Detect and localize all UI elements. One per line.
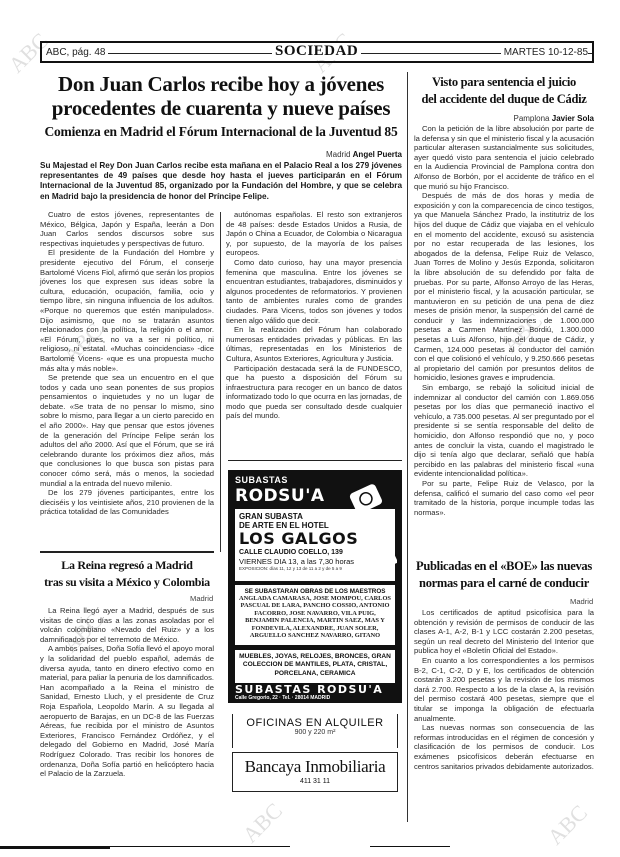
- cadiz-headline-line1: Visto para sentencia el juicio: [414, 74, 594, 91]
- column-divider: [220, 212, 221, 552]
- paragraph: Las nuevas normas son consecuencia de la…: [414, 723, 594, 771]
- column-divider: [407, 72, 408, 822]
- boe-dateline: Madrid: [570, 597, 593, 606]
- ad-subastas-rodsua: SUBASTAS RODSU'A GRAN SUBASTA DE ARTE EN…: [228, 470, 402, 703]
- newspaper-page: ABC ABC ABC ABC ABC ABC ABC ABC, pág. 48…: [0, 0, 620, 857]
- paragraph: Por su parte, Felipe Ruiz de Velasco, po…: [414, 479, 594, 517]
- ad-brand: RODSU'A: [235, 486, 325, 506]
- main-subheadline: Comienza en Madrid el Fórum Internaciona…: [40, 123, 402, 141]
- paragraph: Sin embargo, se rebajó la solicitud inic…: [414, 383, 594, 479]
- main-article-column-2: autónomas españolas. El resto son extran…: [226, 210, 402, 421]
- cadiz-byline: Pamplona Javier Sola: [513, 114, 594, 123]
- main-headline-line2: procedentes de cuarenta y nueve países: [40, 96, 402, 120]
- paragraph: Los certificados de aptitud psicofísica …: [414, 608, 594, 656]
- watermark-abc: ABC: [237, 798, 287, 848]
- ad-masters-heading: SE SUBASTARAN OBRAS DE LOS MAESTROS: [239, 588, 391, 595]
- ad-address: CALLE CLAUDIO COELLO, 139: [239, 548, 391, 557]
- ad-bancaya-phone: 411 31 11: [233, 778, 397, 785]
- paragraph: La Reina llegó ayer a Madrid, después de…: [40, 606, 214, 644]
- ad-masters-list: SE SUBASTARAN OBRAS DE LOS MAESTROS ANGL…: [235, 585, 395, 645]
- ad-offices-title: OFICINAS EN ALQUILER: [233, 717, 397, 729]
- boe-headline-line1: Publicadas en el «BOE» las nuevas: [414, 558, 594, 575]
- paragraph: Con la petición de la libre absolución p…: [414, 124, 594, 191]
- cadiz-headline: Visto para sentencia el juicio del accid…: [414, 74, 594, 108]
- boe-article-body: Los certificados de aptitud psicofísica …: [414, 608, 594, 771]
- paragraph: De los 279 jóvenes participantes, entre …: [40, 488, 214, 517]
- ad-date: VIERNES DIA 13, a las 7,30 horas: [239, 557, 391, 566]
- paragraph: El presidente de la Fundación del Hombre…: [40, 248, 214, 373]
- ad-line1: GRAN SUBASTA: [239, 512, 391, 521]
- paragraph: En la realización del Fórum han colabora…: [226, 325, 402, 363]
- page-number: ABC, pág. 48: [46, 47, 108, 58]
- byline-author: Angel Puerta: [353, 150, 402, 159]
- byline-place: Pamplona: [513, 114, 549, 123]
- main-headline-line1: Don Juan Carlos recibe hoy a jóvenes: [40, 72, 402, 96]
- reina-headline: La Reina regresó a Madrid tras su visita…: [40, 557, 214, 591]
- ad-masters-names: ANGLADA CAMARASA, JOSE MOMPOU, CARLOS PA…: [239, 595, 391, 639]
- ad-bancaya-name: Bancaya Inmobiliaria: [233, 757, 397, 777]
- cadiz-article-body: Con la petición de la libre absolución p…: [414, 124, 594, 517]
- paragraph: A ambos países, Doña Sofía llevó el apoy…: [40, 644, 214, 778]
- ad-hotel: LOS GALGOS: [239, 530, 391, 548]
- ad-fine-print: EXPOSICION: días 11, 12 y 13 de 11 a 2 y…: [239, 566, 391, 572]
- ad-top-label: SUBASTAS: [235, 475, 288, 485]
- paragraph: En cuanto a los correspondientes a los p…: [414, 656, 594, 723]
- ad-footer-address: Calle Gregorio, 22 · Tel. · 28014 MADRID: [235, 695, 330, 701]
- paragraph: Participación destacada será la de FUNDE…: [226, 364, 402, 422]
- reina-headline-line1: La Reina regresó a Madrid: [40, 557, 214, 574]
- cadiz-headline-line2: del accidente del duque de Cádiz: [414, 91, 594, 108]
- paragraph: Se pretende que sea un encuentro en el q…: [40, 373, 214, 488]
- bottom-rule: [0, 846, 110, 849]
- paragraph: Como dato curioso, hay una mayor presenc…: [226, 258, 402, 325]
- watermark-abc: ABC: [542, 800, 592, 850]
- main-article-column-1: Cuatro de estos jóvenes, representantes …: [40, 210, 214, 517]
- ad-offices-for-rent: OFICINAS EN ALQUILER 900 y 220 m²: [232, 714, 398, 748]
- paragraph: Después de más de dos horas y media de e…: [414, 191, 594, 383]
- ad-offices-sizes: 900 y 220 m²: [233, 729, 397, 736]
- paragraph: Cuatro de estos jóvenes, representantes …: [40, 210, 214, 248]
- main-headline-block: Don Juan Carlos recibe hoy a jóvenes pro…: [40, 72, 402, 141]
- boe-headline-line2: normas para el carné de conducir: [414, 575, 594, 592]
- paragraph: autónomas españolas. El resto son extran…: [226, 210, 402, 258]
- byline-place: Madrid: [326, 150, 350, 159]
- section-title: SOCIEDAD: [272, 43, 361, 60]
- boe-headline: Publicadas en el «BOE» las nuevas normas…: [414, 558, 594, 592]
- main-lead-paragraph: Su Majestad el Rey Don Juan Carlos recib…: [40, 161, 402, 202]
- byline-author: Javier Sola: [552, 114, 594, 123]
- ad-items: MUEBLES, JOYAS, RELOJES, BRONCES, GRAN C…: [235, 650, 395, 683]
- reina-dateline: Madrid: [190, 594, 213, 603]
- ad-rule: [228, 460, 402, 461]
- section-rule: [40, 551, 214, 553]
- reina-article-body: La Reina llegó ayer a Madrid, después de…: [40, 606, 214, 779]
- reina-headline-line2: tras su visita a México y Colombia: [40, 574, 214, 591]
- page-header: ABC, pág. 48 SOCIEDAD MARTES 10-12-85: [40, 41, 594, 63]
- issue-date: MARTES 10-12-85: [501, 47, 588, 58]
- bottom-rule: [110, 846, 290, 847]
- main-byline: Madrid Angel Puerta: [326, 150, 402, 159]
- ad-bancaya: Bancaya Inmobiliaria 411 31 11: [232, 752, 398, 792]
- bottom-rule: [370, 846, 450, 847]
- ad-auction-details: GRAN SUBASTA DE ARTE EN EL HOTEL LOS GAL…: [235, 509, 395, 581]
